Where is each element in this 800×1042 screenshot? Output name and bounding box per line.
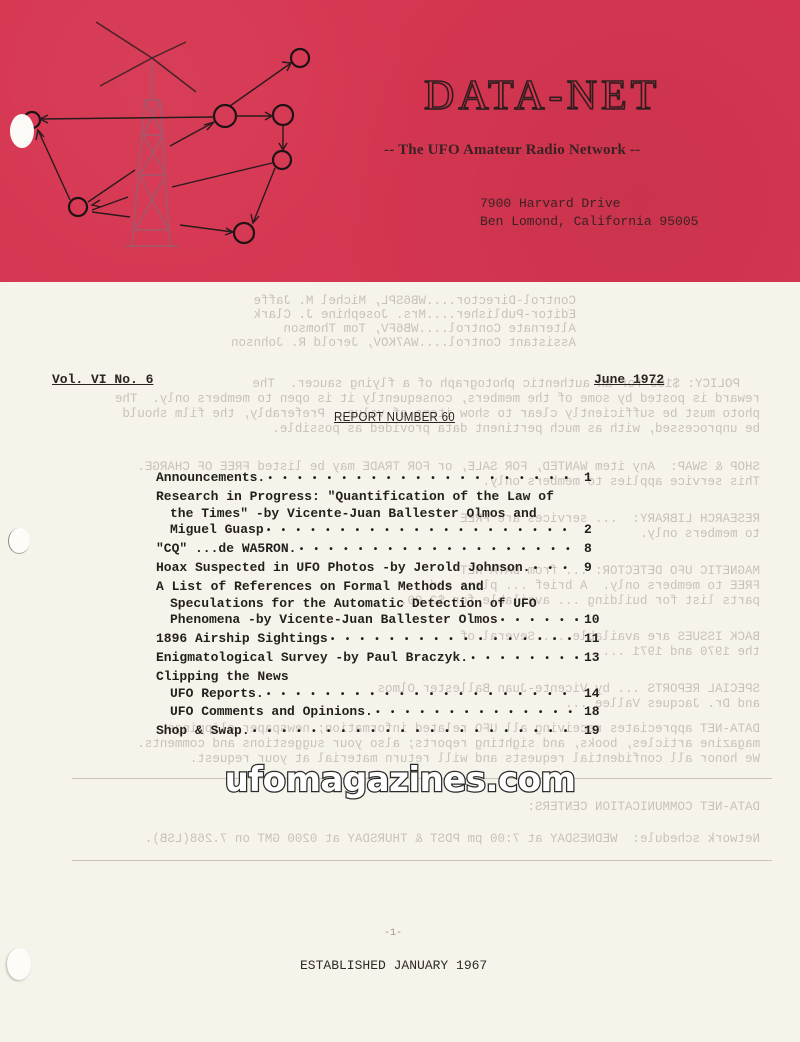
show-through-line: Assistant Control....WA7KOV, Jerold R. J… bbox=[231, 336, 576, 351]
toc-entry-title: UFO Reports. bbox=[170, 686, 264, 703]
toc-entry-title: Research in Progress: "Quantification of… bbox=[156, 489, 554, 506]
dot-leader bbox=[330, 631, 578, 650]
show-through-line: POLICY: $100 for an authentic photograph… bbox=[252, 377, 740, 392]
dot-leader bbox=[252, 723, 578, 742]
toc-entry: 1896 Airship Sightings11 bbox=[156, 631, 606, 650]
address-city: Ben Lomond, California 95005 bbox=[480, 213, 698, 231]
toc-entry-page: 1 bbox=[580, 470, 606, 487]
toc-entry-title: Phenomena -by Vicente-Juan Ballester Olm… bbox=[170, 612, 498, 629]
toc-entry-title: Announcements. bbox=[156, 470, 265, 487]
show-through-line: DATA-NET COMMUNICATION CENTERS: bbox=[527, 800, 760, 815]
show-through-line: Network schedule: WEDNESDAY at 7:00 pm P… bbox=[145, 832, 760, 847]
toc-entry-page: 19 bbox=[580, 723, 606, 740]
toc-entry-title: UFO Comments and Opinions. bbox=[170, 704, 373, 721]
dot-leader bbox=[470, 650, 578, 669]
toc-entry-title: Speculations for the Automatic Detection… bbox=[170, 596, 537, 613]
toc-entry-title: A List of References on Formal Methods a… bbox=[156, 579, 484, 596]
toc-entry-page: 18 bbox=[580, 704, 606, 721]
toc-entry-title: 1896 Airship Sightings bbox=[156, 631, 328, 648]
dot-leader bbox=[266, 686, 578, 705]
toc-entry: Phenomena -by Vicente-Juan Ballester Olm… bbox=[156, 612, 606, 631]
toc-entry: "CQ" ...de WA5RON.8 bbox=[156, 541, 606, 560]
toc-entry: Clipping the News bbox=[156, 669, 606, 686]
table-of-contents: Announcements.1Research in Progress: "Qu… bbox=[156, 470, 606, 742]
punch-hole bbox=[10, 114, 34, 148]
show-through-line: be unprocessed, with as much pertinent d… bbox=[272, 422, 760, 437]
established-footer: ESTABLISHED JANUARY 1967 bbox=[300, 958, 487, 973]
toc-entry: UFO Comments and Opinions.18 bbox=[156, 704, 606, 723]
toc-entry-title: Clipping the News bbox=[156, 669, 289, 686]
toc-entry-title: Enigmatological Survey -by Paul Braczyk. bbox=[156, 650, 468, 667]
dot-leader bbox=[266, 522, 578, 541]
toc-entry: UFO Reports.14 bbox=[156, 686, 606, 705]
address-street: 7900 Harvard Drive bbox=[480, 195, 698, 213]
toc-entry-page: 10 bbox=[580, 612, 606, 629]
toc-entry: Speculations for the Automatic Detection… bbox=[156, 596, 606, 613]
toc-entry: Miguel Guasp2 bbox=[156, 522, 606, 541]
punch-hole bbox=[7, 948, 31, 980]
toc-entry: the Times" -by Vicente-Juan Ballester Ol… bbox=[156, 506, 606, 523]
show-through-line: Alternate Control....WB6FV, Tom Thomson bbox=[283, 322, 576, 337]
toc-entry-page: 2 bbox=[580, 522, 606, 539]
toc-entry-page: 14 bbox=[580, 686, 606, 703]
toc-entry-title: the Times" -by Vicente-Juan Ballester Ol… bbox=[170, 506, 537, 523]
toc-entry-page: 9 bbox=[580, 560, 606, 577]
toc-entry-title: Shop & Swap. bbox=[156, 723, 250, 740]
issue-date: June 1972 bbox=[594, 372, 664, 387]
toc-entry-page: 8 bbox=[580, 541, 606, 558]
toc-entry: Research in Progress: "Quantification of… bbox=[156, 489, 606, 506]
toc-entry: Shop & Swap.19 bbox=[156, 723, 606, 742]
toc-entry-title: "CQ" ...de WA5RON. bbox=[156, 541, 296, 558]
toc-entry: Announcements.1 bbox=[156, 470, 606, 489]
report-number-heading: REPORT NUMBER 60 bbox=[334, 410, 455, 424]
dot-leader bbox=[267, 470, 578, 489]
dot-leader bbox=[375, 704, 578, 723]
radio-tower-network-diagram-icon bbox=[0, 0, 360, 260]
show-through-line: the 1970 and 1971 ... bbox=[602, 645, 760, 660]
newsletter-page: DATA-NET -- The UFO Amateur Radio Networ… bbox=[0, 0, 800, 1042]
toc-entry-title: Miguel Guasp bbox=[170, 522, 264, 539]
dot-leader bbox=[532, 560, 578, 579]
toc-entry: Enigmatological Survey -by Paul Braczyk.… bbox=[156, 650, 606, 669]
masthead-title: DATA-NET bbox=[424, 72, 660, 120]
toc-entry-title: Hoax Suspected in UFO Photos -by Jerold … bbox=[156, 560, 530, 577]
volume-number: Vol. VI No. 6 bbox=[52, 372, 153, 387]
toc-entry: A List of References on Formal Methods a… bbox=[156, 579, 606, 596]
toc-entry: Hoax Suspected in UFO Photos -by Jerold … bbox=[156, 560, 606, 579]
show-through-line: reward is posted by some of the members,… bbox=[115, 392, 760, 407]
masthead: DATA-NET -- The UFO Amateur Radio Networ… bbox=[0, 0, 800, 282]
show-through-line: Control-Director....WB6SPL, Michel M. Ja… bbox=[253, 294, 576, 309]
punch-hole bbox=[8, 528, 30, 554]
show-through-line: Editor-Publisher....Mrs. Josephine J. Cl… bbox=[253, 308, 576, 323]
watermark: ufomagazines.com bbox=[0, 760, 800, 800]
mailing-address: 7900 Harvard Drive Ben Lomond, Californi… bbox=[480, 195, 698, 231]
dot-leader bbox=[500, 612, 578, 631]
show-through-line: to members only. bbox=[640, 527, 760, 542]
toc-entry-page: 11 bbox=[580, 631, 606, 648]
toc-entry-page: 13 bbox=[580, 650, 606, 667]
page-number: -1- bbox=[384, 928, 402, 939]
show-through-rule bbox=[72, 860, 772, 861]
masthead-tagline: -- The UFO Amateur Radio Network -- bbox=[384, 142, 640, 159]
dot-leader bbox=[298, 541, 578, 560]
